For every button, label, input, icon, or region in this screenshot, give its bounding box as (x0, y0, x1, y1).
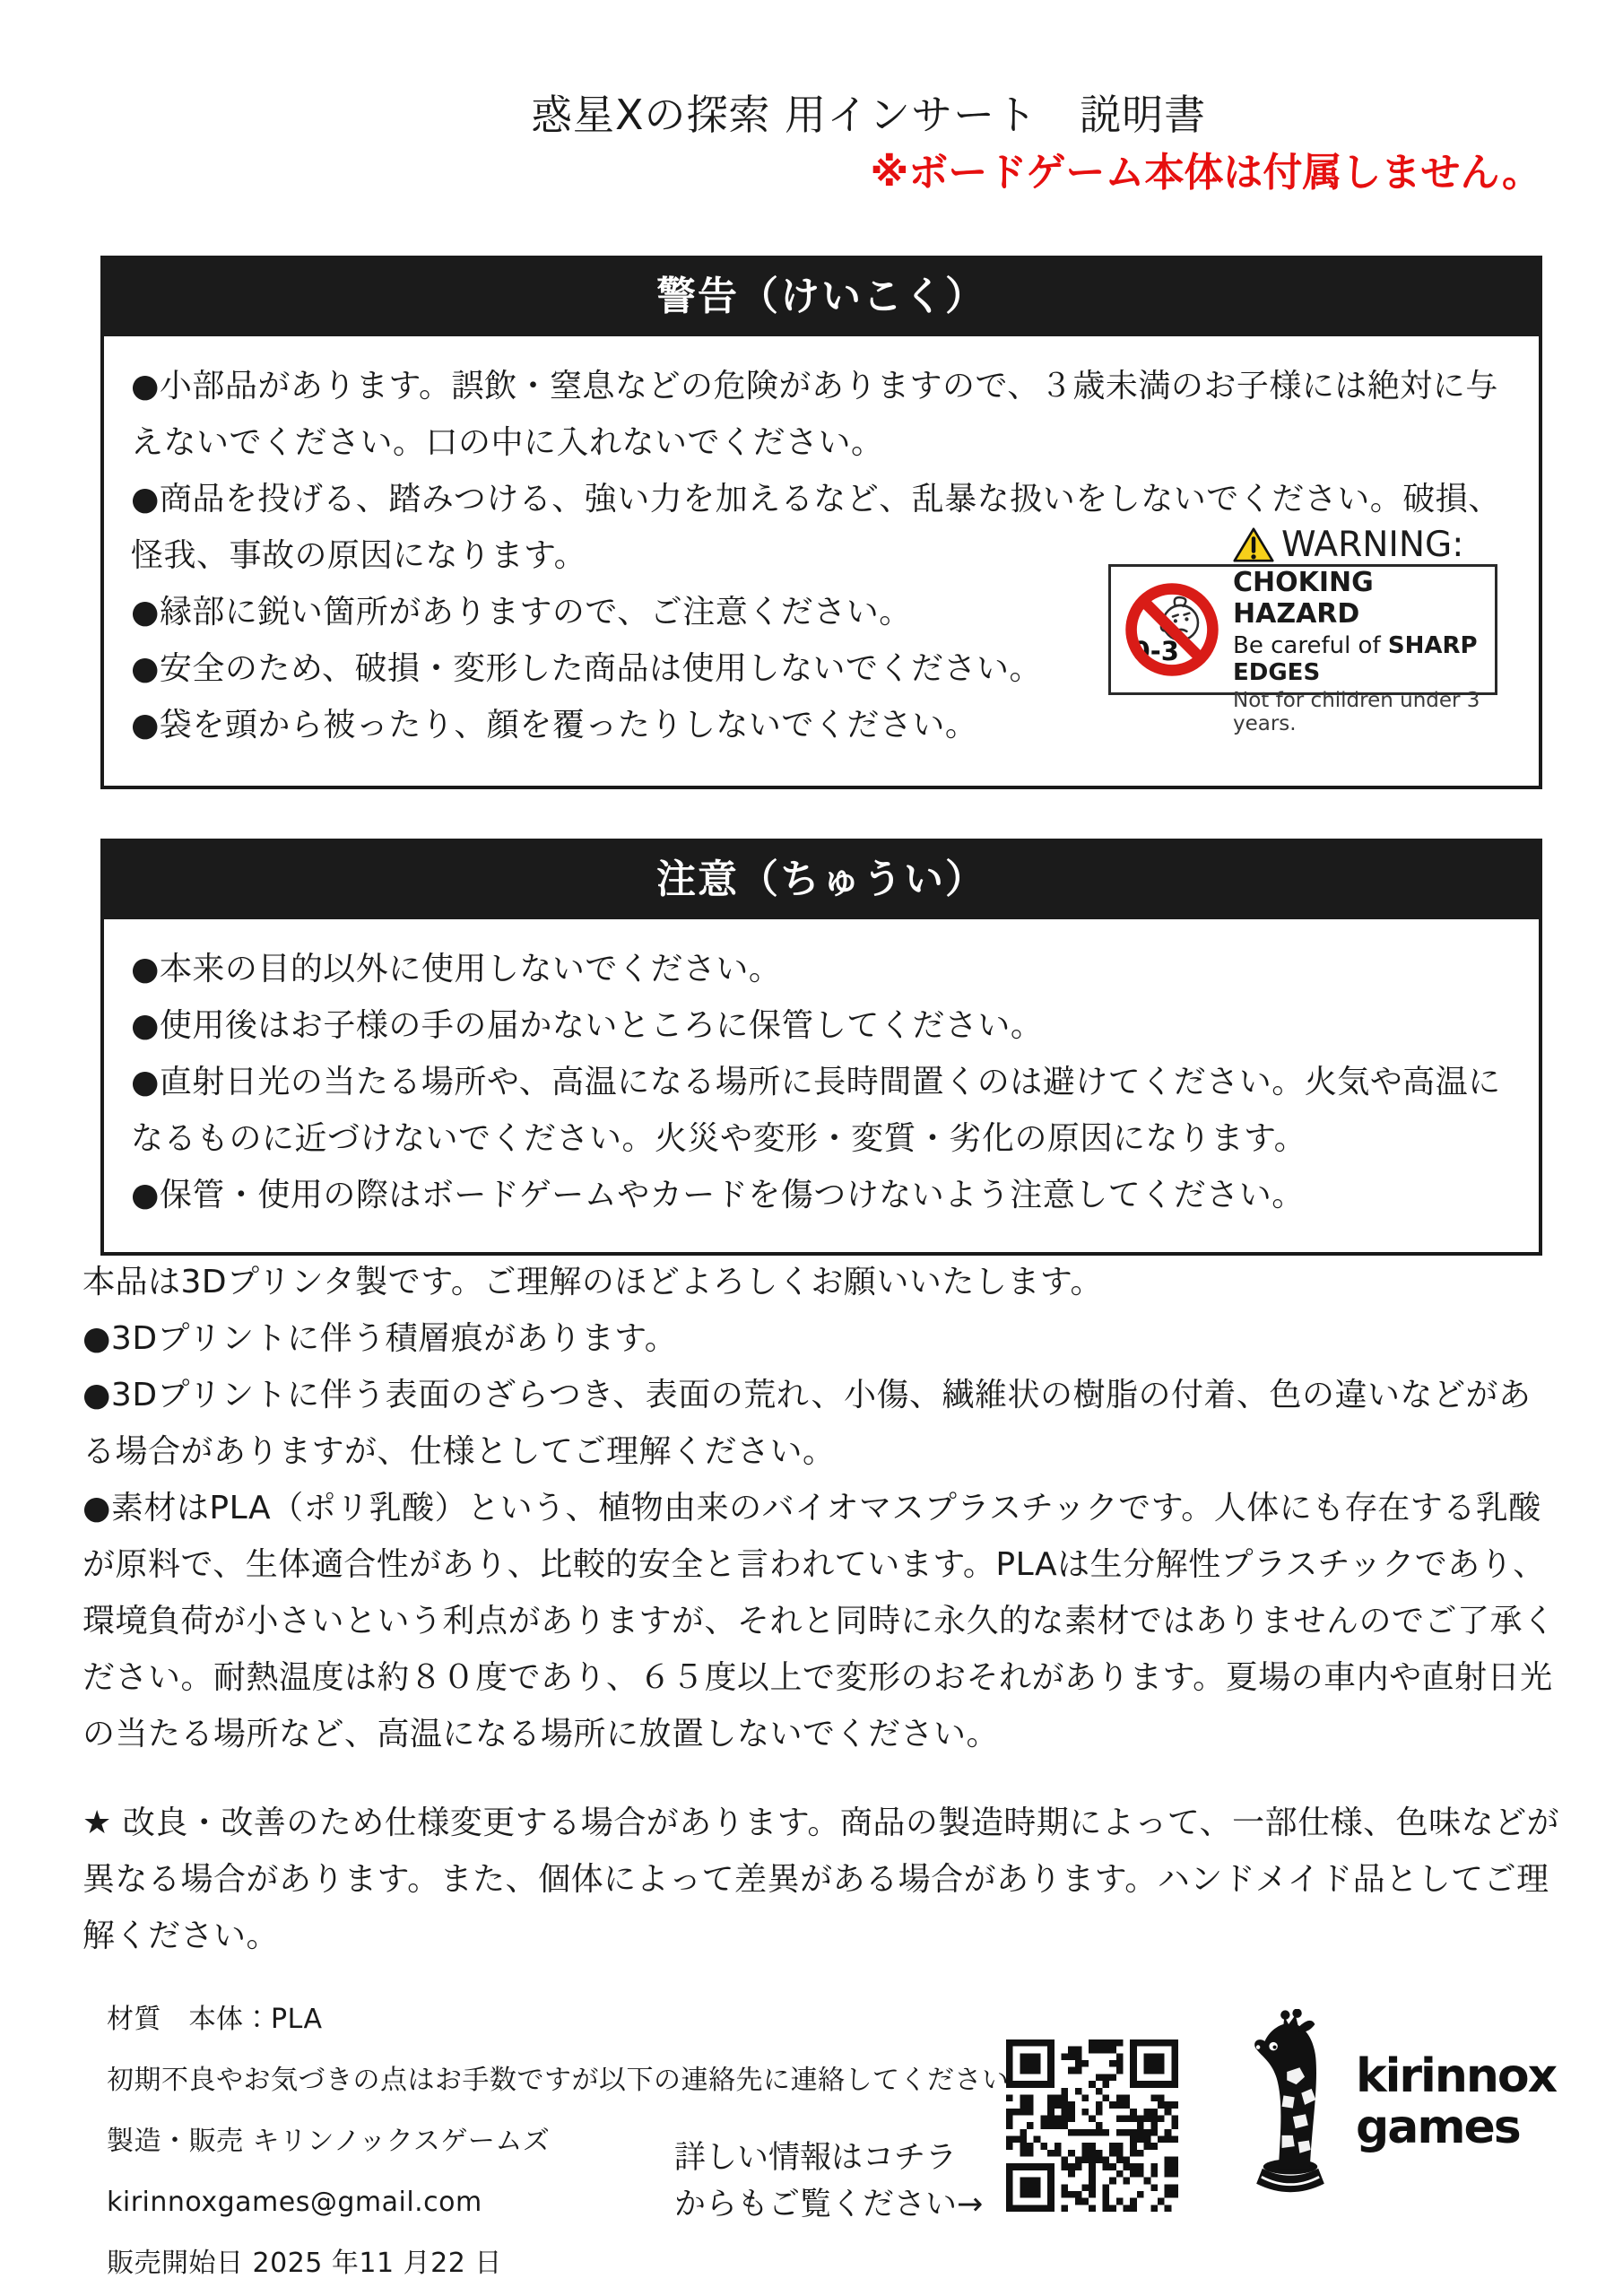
spec-change-note: ★ 改良・改善のため仕様変更する場合があります。商品の製造時期によって、一部仕様… (82, 1795, 1562, 1964)
age-note-text: Not for children under 3 years. (1233, 689, 1486, 735)
choking-hazard-label: 0-3 WARNING: CHOKING HAZARD Be care (1108, 564, 1497, 695)
product-notes: 本品は3Dプリンタ製です。ご理解のほどよろしくお願いいたします。 ●3Dプリント… (82, 1254, 1562, 1964)
warning-heading: 警告（けいこく） (100, 256, 1542, 336)
giraffe-knight-logo-icon (1239, 2009, 1341, 2196)
qr-code-svg (1006, 2039, 1178, 2212)
sharp-edges-text: Be careful of SHARP EDGES (1233, 632, 1486, 686)
warning-triangle-icon (1233, 526, 1274, 563)
qr-caption-line1: 詳しい情報はコチラ (674, 2135, 983, 2181)
instruction-sheet: 惑星Xの探索 用インサート 説明書 ※ボードゲーム本体は付属しません。 警告（け… (0, 0, 1623, 2296)
brand-name-line2: games (1356, 2102, 1556, 2153)
caution-item: ●直射日光の当たる場所や、高温になる場所に長時間置くのは避けてください。火気や高… (131, 1054, 1515, 1167)
caution-heading: 注意（ちゅうい） (100, 839, 1542, 919)
notes-item: ●3Dプリントに伴う積層痕があります。 (82, 1310, 1562, 1367)
qr-code (1006, 2039, 1178, 2212)
material-line: 材質 本体：PLA (107, 1989, 1037, 2050)
page-title: 惑星Xの探索 用インサート 説明書 (531, 83, 1206, 142)
warning-item: ●小部品があります。誤飲・窒息などの危険がありますので、３歳未満のお子様には絶対… (131, 358, 1515, 471)
brand-name: kirinnox games (1356, 2051, 1556, 2153)
caution-item: ●本来の目的以外に使用しないでください。 (131, 941, 1515, 997)
caution-item: ●保管・使用の際はボードゲームやカードを傷つけないよう注意してください。 (131, 1167, 1515, 1223)
caution-section: 注意（ちゅうい） ●本来の目的以外に使用しないでください。 ●使用後はお子様の手… (100, 839, 1542, 1256)
brand-logo: kirinnox games (1239, 2009, 1556, 2196)
qr-caption-line2: からもご覧ください→ (674, 2181, 983, 2228)
caution-body: ●本来の目的以外に使用しないでください。 ●使用後はお子様の手の届かないところに… (100, 919, 1542, 1256)
no-choking-0-3-icon: 0-3 (1120, 578, 1224, 682)
warning-section: 警告（けいこく） ●小部品があります。誤飲・窒息などの危険がありますので、３歳未… (100, 256, 1542, 789)
notes-intro: 本品は3Dプリンタ製です。ご理解のほどよろしくお願いいたします。 (82, 1254, 1562, 1310)
notes-item: ●3Dプリントに伴う表面のざらつき、表面の荒れ、小傷、繊維状の樹脂の付着、色の違… (82, 1367, 1562, 1480)
release-date-line: 販売開始日 2025 年11 月22 日 (107, 2233, 1037, 2294)
choking-hazard-text: CHOKING HAZARD (1233, 567, 1486, 630)
no-game-included-note: ※ボードゲーム本体は付属しません。 (870, 140, 1541, 197)
brand-name-line1: kirinnox (1356, 2051, 1556, 2102)
caution-item: ●使用後はお子様の手の届かないところに保管してください。 (131, 997, 1515, 1054)
hazard-text-block: WARNING: CHOKING HAZARD Be careful of SH… (1233, 525, 1486, 735)
warning-body: ●小部品があります。誤飲・窒息などの危険がありますので、３歳未満のお子様には絶対… (100, 336, 1542, 789)
contact-note-line: 初期不良やお気づきの点はお手数ですが以下の連絡先に連絡してください。 (107, 2050, 1037, 2111)
qr-caption: 詳しい情報はコチラ からもご覧ください→ (674, 2135, 983, 2228)
notes-item: ●素材はPLA（ポリ乳酸）という、植物由来のバイオマスプラスチックです。人体にも… (82, 1480, 1562, 1762)
warning-word: WARNING: (1281, 525, 1463, 565)
